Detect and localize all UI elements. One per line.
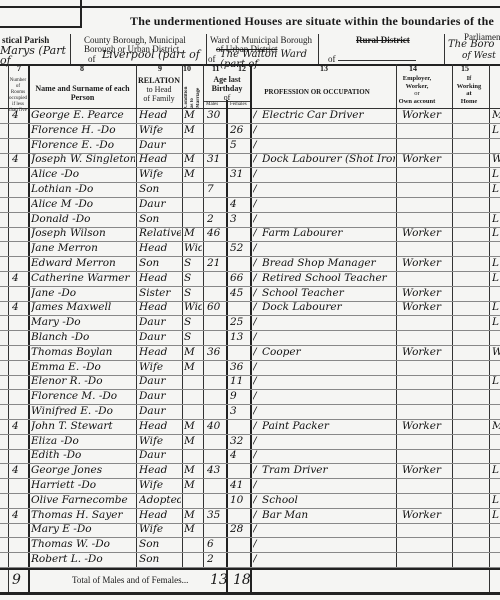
relation-to-head: Daur [139, 448, 181, 463]
schedule-mark [12, 434, 26, 449]
margin-mark [492, 537, 500, 552]
check-tick-icon: / [253, 197, 261, 212]
margin-mark: W [492, 152, 500, 167]
person-name: Jane -Do [31, 286, 135, 301]
census-page: The undermentioned Houses are situate wi… [0, 0, 500, 600]
margin-mark: L [492, 256, 500, 271]
employment-status: Worker [402, 226, 450, 241]
marital-condition: S [184, 315, 202, 330]
female-age: 36 [230, 360, 248, 375]
person-name: Blanch -Do [31, 330, 135, 345]
relation-to-head: Wife [139, 360, 181, 375]
county-of: of [88, 54, 96, 64]
margin-mark: L [492, 271, 500, 286]
occupation: School Teacher [262, 286, 395, 301]
relation-to-head: Head [139, 152, 181, 167]
col-num: 8 [80, 64, 84, 73]
divider [206, 34, 207, 64]
check-tick-icon: / [253, 419, 261, 434]
schedule-mark [12, 226, 26, 241]
schedule-mark [12, 522, 26, 537]
col14-line1: Employer, [396, 75, 438, 83]
male-age [207, 241, 225, 256]
occupation [262, 552, 395, 567]
marital-condition: M [184, 522, 202, 537]
check-tick-icon: / [253, 182, 261, 197]
female-age [230, 256, 248, 271]
employment-status: Worker [402, 419, 450, 434]
person-name: Alice -Do [31, 167, 135, 182]
check-tick-icon: / [253, 286, 261, 301]
margin-mark: L [492, 463, 500, 478]
marital-condition: S [184, 256, 202, 271]
schedule-mark [12, 374, 26, 389]
check-tick-icon: / [253, 537, 261, 552]
male-age: 35 [207, 508, 225, 523]
table-row: Olive FarnecombeAdopted10SchoolL/ [0, 493, 500, 509]
male-age [207, 448, 225, 463]
margin-mark: M [492, 108, 500, 123]
relation-to-head: Daur [139, 197, 181, 212]
col13-header: PROFESSION OR OCCUPATION [252, 88, 382, 97]
margin-mark [492, 330, 500, 345]
female-age: 3 [230, 212, 248, 227]
margin-mark [492, 522, 500, 537]
marital-condition: M [184, 463, 202, 478]
male-age [207, 404, 225, 419]
marital-condition [184, 404, 202, 419]
person-name: Robert L. -Do [31, 552, 135, 567]
employment-status [402, 241, 450, 256]
female-age: 45 [230, 286, 248, 301]
male-age: 2 [207, 212, 225, 227]
table-row: Winifred E. -DoDaur3/ [0, 404, 500, 420]
table-row: Jane MerronHeadWid52/ [0, 241, 500, 257]
female-age [230, 552, 248, 567]
marital-condition [184, 537, 202, 552]
county-cell: County Borough, Municipal Borough or Urb… [80, 30, 205, 64]
occupation: Paint Packer [262, 419, 395, 434]
check-tick-icon: / [253, 212, 261, 227]
marital-condition [184, 197, 202, 212]
occupation [262, 448, 395, 463]
table-row: Jane -DoSisterS45School TeacherWorker/ [0, 286, 500, 302]
relation-to-head: Son [139, 552, 181, 567]
relation-to-head: Son [139, 182, 181, 197]
occupation: School [262, 493, 395, 508]
schedule-mark [12, 345, 26, 360]
col10-line1: Condition [184, 76, 189, 108]
female-age [230, 300, 248, 315]
female-age: 28 [230, 522, 248, 537]
table-row: Florence H. -DoWifeM26L/ [0, 123, 500, 139]
female-age [230, 108, 248, 123]
check-tick-icon: / [253, 300, 261, 315]
parliament-value-2: of West [462, 51, 496, 61]
person-name: Thomas H. Sayer [31, 508, 135, 523]
schedule-mark [12, 286, 26, 301]
occupation [262, 434, 395, 449]
employment-status: Worker [402, 152, 450, 167]
schedule-mark [12, 478, 26, 493]
margin-mark [492, 241, 500, 256]
male-age [207, 271, 225, 286]
schedule-mark: 4 [12, 108, 26, 123]
col15-line2: Working [452, 83, 486, 91]
person-name: Eliza -Do [31, 434, 135, 449]
occupation [262, 404, 395, 419]
relation-to-head: Son [139, 537, 181, 552]
table-row: Robert L. -DoSon2/ [0, 552, 500, 568]
check-tick-icon: / [253, 389, 261, 404]
check-tick-icon: / [253, 108, 261, 123]
employment-status: Worker [402, 108, 450, 123]
col15-line1: If [452, 75, 486, 83]
table-row: Thomas BoylanHeadM36CooperWorkerW/ [0, 345, 500, 361]
relation-to-head: Daur [139, 138, 181, 153]
margin-mark [492, 478, 500, 493]
occupation: Dock Labourer (Shot Iron Engineer) [262, 152, 395, 167]
occupation: Bread Shop Manager [262, 256, 395, 271]
schedule-mark [12, 241, 26, 256]
marital-condition: M [184, 152, 202, 167]
table-row: 4Catherine WarmerHeadS66Retired School T… [0, 271, 500, 287]
margin-mark [492, 404, 500, 419]
check-tick-icon: / [253, 256, 261, 271]
female-age: 10 [230, 493, 248, 508]
check-tick-icon: / [253, 330, 261, 345]
check-tick-icon: / [253, 360, 261, 375]
person-name: Alice M -Do [31, 197, 135, 212]
margin-mark: L [492, 123, 500, 138]
person-name: Donald -Do [31, 212, 135, 227]
employment-status [402, 138, 450, 153]
female-age: 3 [230, 404, 248, 419]
corner-box [0, 0, 82, 28]
employment-status: Worker [402, 508, 450, 523]
male-age: 7 [207, 182, 225, 197]
margin-mark: L [492, 300, 500, 315]
margin-mark [492, 286, 500, 301]
females-header: Females [230, 102, 247, 107]
person-name: James Maxwell [31, 300, 135, 315]
rural-cell: Rural District of [320, 30, 440, 64]
schedule-mark [12, 330, 26, 345]
col-num: 9 [158, 64, 162, 73]
occupation: Bar Man [262, 508, 395, 523]
relation-to-head: Adopted [139, 493, 181, 508]
totals-row: 9 Total of Males and of Females... 13 18 [0, 568, 500, 592]
margin-mark: L [492, 493, 500, 508]
relation-to-head: Head [139, 271, 181, 286]
margin-mark [492, 552, 500, 567]
table-row: 4George JonesHeadM43Tram DriverWorkerL/ [0, 463, 500, 479]
male-age [207, 330, 225, 345]
schedule-mark [12, 389, 26, 404]
table-row: Blanch -DoDaurS13/ [0, 330, 500, 346]
parliament-cell: Parliamen The Boro of West [446, 30, 500, 64]
occupation [262, 212, 395, 227]
person-name: Florence E. -Do [31, 138, 135, 153]
schedule-mark [12, 493, 26, 508]
col15-line4: Home [452, 98, 486, 106]
table-row: 4Thomas H. SayerHeadM35Bar ManWorkerL/ [0, 508, 500, 524]
employment-status [402, 360, 450, 375]
margin-mark: L [492, 315, 500, 330]
relation-to-head: Relative [139, 226, 181, 241]
marital-condition: M [184, 360, 202, 375]
relation-to-head: Wife [139, 167, 181, 182]
col9-line3: of Family [137, 94, 181, 103]
relation-to-head: Head [139, 300, 181, 315]
marital-condition: M [184, 226, 202, 241]
marital-condition: M [184, 108, 202, 123]
female-age [230, 463, 248, 478]
marital-condition: M [184, 167, 202, 182]
marital-condition [184, 138, 202, 153]
employment-status [402, 493, 450, 508]
relation-to-head: Daur [139, 374, 181, 389]
table-row: Alice M -DoDaur4/ [0, 197, 500, 213]
schedule-mark [12, 182, 26, 197]
ward-of: of [208, 54, 216, 64]
col10-header: Condition as to Marriage [182, 76, 202, 108]
relation-to-head: Sister [139, 286, 181, 301]
female-age: 26 [230, 123, 248, 138]
marital-condition [184, 448, 202, 463]
col-num: 13 [320, 64, 328, 73]
margin-mark: W [492, 345, 500, 360]
table-row: Eliza -DoWifeM32/ [0, 434, 500, 450]
occupation [262, 167, 395, 182]
male-age [207, 478, 225, 493]
occupation [262, 537, 395, 552]
relation-to-head: Head [139, 508, 181, 523]
employment-status [402, 522, 450, 537]
relation-to-head: Head [139, 345, 181, 360]
female-age: 4 [230, 448, 248, 463]
col9-line2: to Head [137, 85, 181, 94]
relation-to-head: Daur [139, 389, 181, 404]
male-age [207, 138, 225, 153]
male-age [207, 123, 225, 138]
female-age: 5 [230, 138, 248, 153]
person-name: Florence M. -Do [31, 389, 135, 404]
male-age [207, 493, 225, 508]
employment-status: Worker [402, 300, 450, 315]
female-age [230, 182, 248, 197]
schedule-mark [12, 256, 26, 271]
person-name: George E. Pearce [31, 108, 135, 123]
margin-mark [492, 197, 500, 212]
occupation [262, 522, 395, 537]
employment-status: Worker [402, 286, 450, 301]
employment-status: Worker [402, 345, 450, 360]
col-num: 15 [461, 64, 469, 73]
occupation [262, 330, 395, 345]
occupation: Dock Labourer [262, 300, 395, 315]
table-row: Alice -DoWifeM31L/ [0, 167, 500, 183]
check-tick-icon: / [253, 167, 261, 182]
col14-line3: or [396, 90, 438, 98]
occupation [262, 241, 395, 256]
rural-label: Rural District [356, 35, 410, 45]
check-tick-icon: / [253, 463, 261, 478]
col-num: 7 [17, 64, 21, 73]
table-row: 4Joseph W. SingletonHeadM31Dock Labourer… [0, 152, 500, 168]
marital-condition: Wid [184, 241, 202, 256]
marital-condition [184, 212, 202, 227]
ward-cell: Ward of Municipal Borough of Urban Distr… [208, 30, 318, 64]
table-row: Emma E. -DoWifeM36/ [0, 360, 500, 376]
totals-label: Total of Males and of Females... [72, 575, 188, 585]
employment-status [402, 167, 450, 182]
schedule-mark: 4 [12, 419, 26, 434]
occupation [262, 374, 395, 389]
divider [70, 34, 71, 64]
divider [444, 34, 445, 64]
table-row: Joseph WilsonRelativeM46Farm LabourerWor… [0, 226, 500, 242]
male-age [207, 360, 225, 375]
margin-mark: L [492, 167, 500, 182]
schedule-mark: 4 [12, 300, 26, 315]
marital-condition [184, 493, 202, 508]
male-age: 40 [207, 419, 225, 434]
male-age: 60 [207, 300, 225, 315]
male-age [207, 315, 225, 330]
marital-condition: Wid [184, 300, 202, 315]
male-age [207, 197, 225, 212]
female-age: 52 [230, 241, 248, 256]
males-header: Males [206, 102, 218, 107]
occupation [262, 315, 395, 330]
employment-status [402, 434, 450, 449]
schedule-mark [12, 448, 26, 463]
person-name: Olive Farnecombe [31, 493, 135, 508]
female-age: 31 [230, 167, 248, 182]
age-header: Age last Birthday of [204, 75, 250, 102]
female-age: 9 [230, 389, 248, 404]
occupation: Farm Labourer [262, 226, 395, 241]
rural-blank [338, 60, 416, 61]
marital-condition: S [184, 286, 202, 301]
person-name: Mary E -Do [31, 522, 135, 537]
margin-mark: L [492, 212, 500, 227]
person-name: Harriett -Do [31, 478, 135, 493]
employment-status [402, 197, 450, 212]
table-row: Edward MerronSonS21Bread Shop ManagerWor… [0, 256, 500, 272]
col-num: 12 [238, 64, 246, 73]
female-age: 66 [230, 271, 248, 286]
male-age [207, 374, 225, 389]
rural-of: of [328, 54, 336, 64]
males-total: 13 [210, 572, 228, 588]
col8-header: Name and Surname of each Person [30, 84, 135, 102]
employment-status [402, 478, 450, 493]
employment-status [402, 404, 450, 419]
margin-mark: L [492, 182, 500, 197]
male-age [207, 434, 225, 449]
schedule-mark [12, 197, 26, 212]
females-total: 18 [233, 572, 251, 588]
person-name: Lothian -Do [31, 182, 135, 197]
male-age [207, 286, 225, 301]
boundaries-header: stical Parish Marys (Part of County Boro… [0, 30, 500, 66]
person-name: Thomas W. -Do [31, 537, 135, 552]
relation-to-head: Wife [139, 434, 181, 449]
employment-status [402, 212, 450, 227]
schedule-mark [12, 315, 26, 330]
check-tick-icon: / [253, 345, 261, 360]
table-row: Donald -DoSon23L/ [0, 212, 500, 228]
person-name: Elenor R. -Do [31, 374, 135, 389]
margin-mark [492, 360, 500, 375]
bottom-rule [0, 592, 500, 595]
check-tick-icon: / [253, 123, 261, 138]
col14-header: Employer, Worker, or Own account [396, 75, 438, 105]
occupation [262, 478, 395, 493]
female-age [230, 419, 248, 434]
col14-line4: Own account [396, 98, 438, 106]
employment-status: Worker [402, 463, 450, 478]
relation-to-head: Wife [139, 123, 181, 138]
occupation: Tram Driver [262, 463, 395, 478]
marital-condition: M [184, 434, 202, 449]
parish-value: Marys (Part of [0, 46, 70, 66]
male-age: 43 [207, 463, 225, 478]
margin-mark [492, 434, 500, 449]
female-age [230, 345, 248, 360]
parish-cell: stical Parish Marys (Part of [0, 30, 70, 64]
table-row: Harriett -DoWifeM41/ [0, 478, 500, 494]
col14-line2: Worker, [396, 83, 438, 91]
check-tick-icon: / [253, 448, 261, 463]
check-tick-icon: / [253, 404, 261, 419]
col9-header: RELATION to Head of Family [137, 76, 181, 103]
schedule-total: 9 [12, 572, 21, 588]
female-age: 4 [230, 197, 248, 212]
schedule-mark [12, 537, 26, 552]
male-age [207, 167, 225, 182]
occupation [262, 389, 395, 404]
margin-mark: L [492, 374, 500, 389]
employment-status [402, 330, 450, 345]
person-name: John T. Stewart [31, 419, 135, 434]
age-line2: Birthday [204, 84, 250, 93]
occupation: Cooper [262, 345, 395, 360]
check-tick-icon: / [253, 271, 261, 286]
check-tick-icon: / [253, 434, 261, 449]
male-age: 46 [207, 226, 225, 241]
relation-to-head: Son [139, 212, 181, 227]
col-num: 11 [212, 64, 220, 73]
person-name: George Jones [31, 463, 135, 478]
male-age: 6 [207, 537, 225, 552]
marital-condition [184, 182, 202, 197]
female-age: 32 [230, 434, 248, 449]
occupation [262, 123, 395, 138]
male-age [207, 389, 225, 404]
schedule-mark: 4 [12, 271, 26, 286]
relation-to-head: Wife [139, 478, 181, 493]
employment-status: Worker [402, 256, 450, 271]
male-age: 2 [207, 552, 225, 567]
check-tick-icon: / [253, 226, 261, 241]
check-tick-icon: / [253, 478, 261, 493]
margin-mark: L [492, 226, 500, 241]
col15-line3: at [452, 90, 486, 98]
occupation [262, 138, 395, 153]
